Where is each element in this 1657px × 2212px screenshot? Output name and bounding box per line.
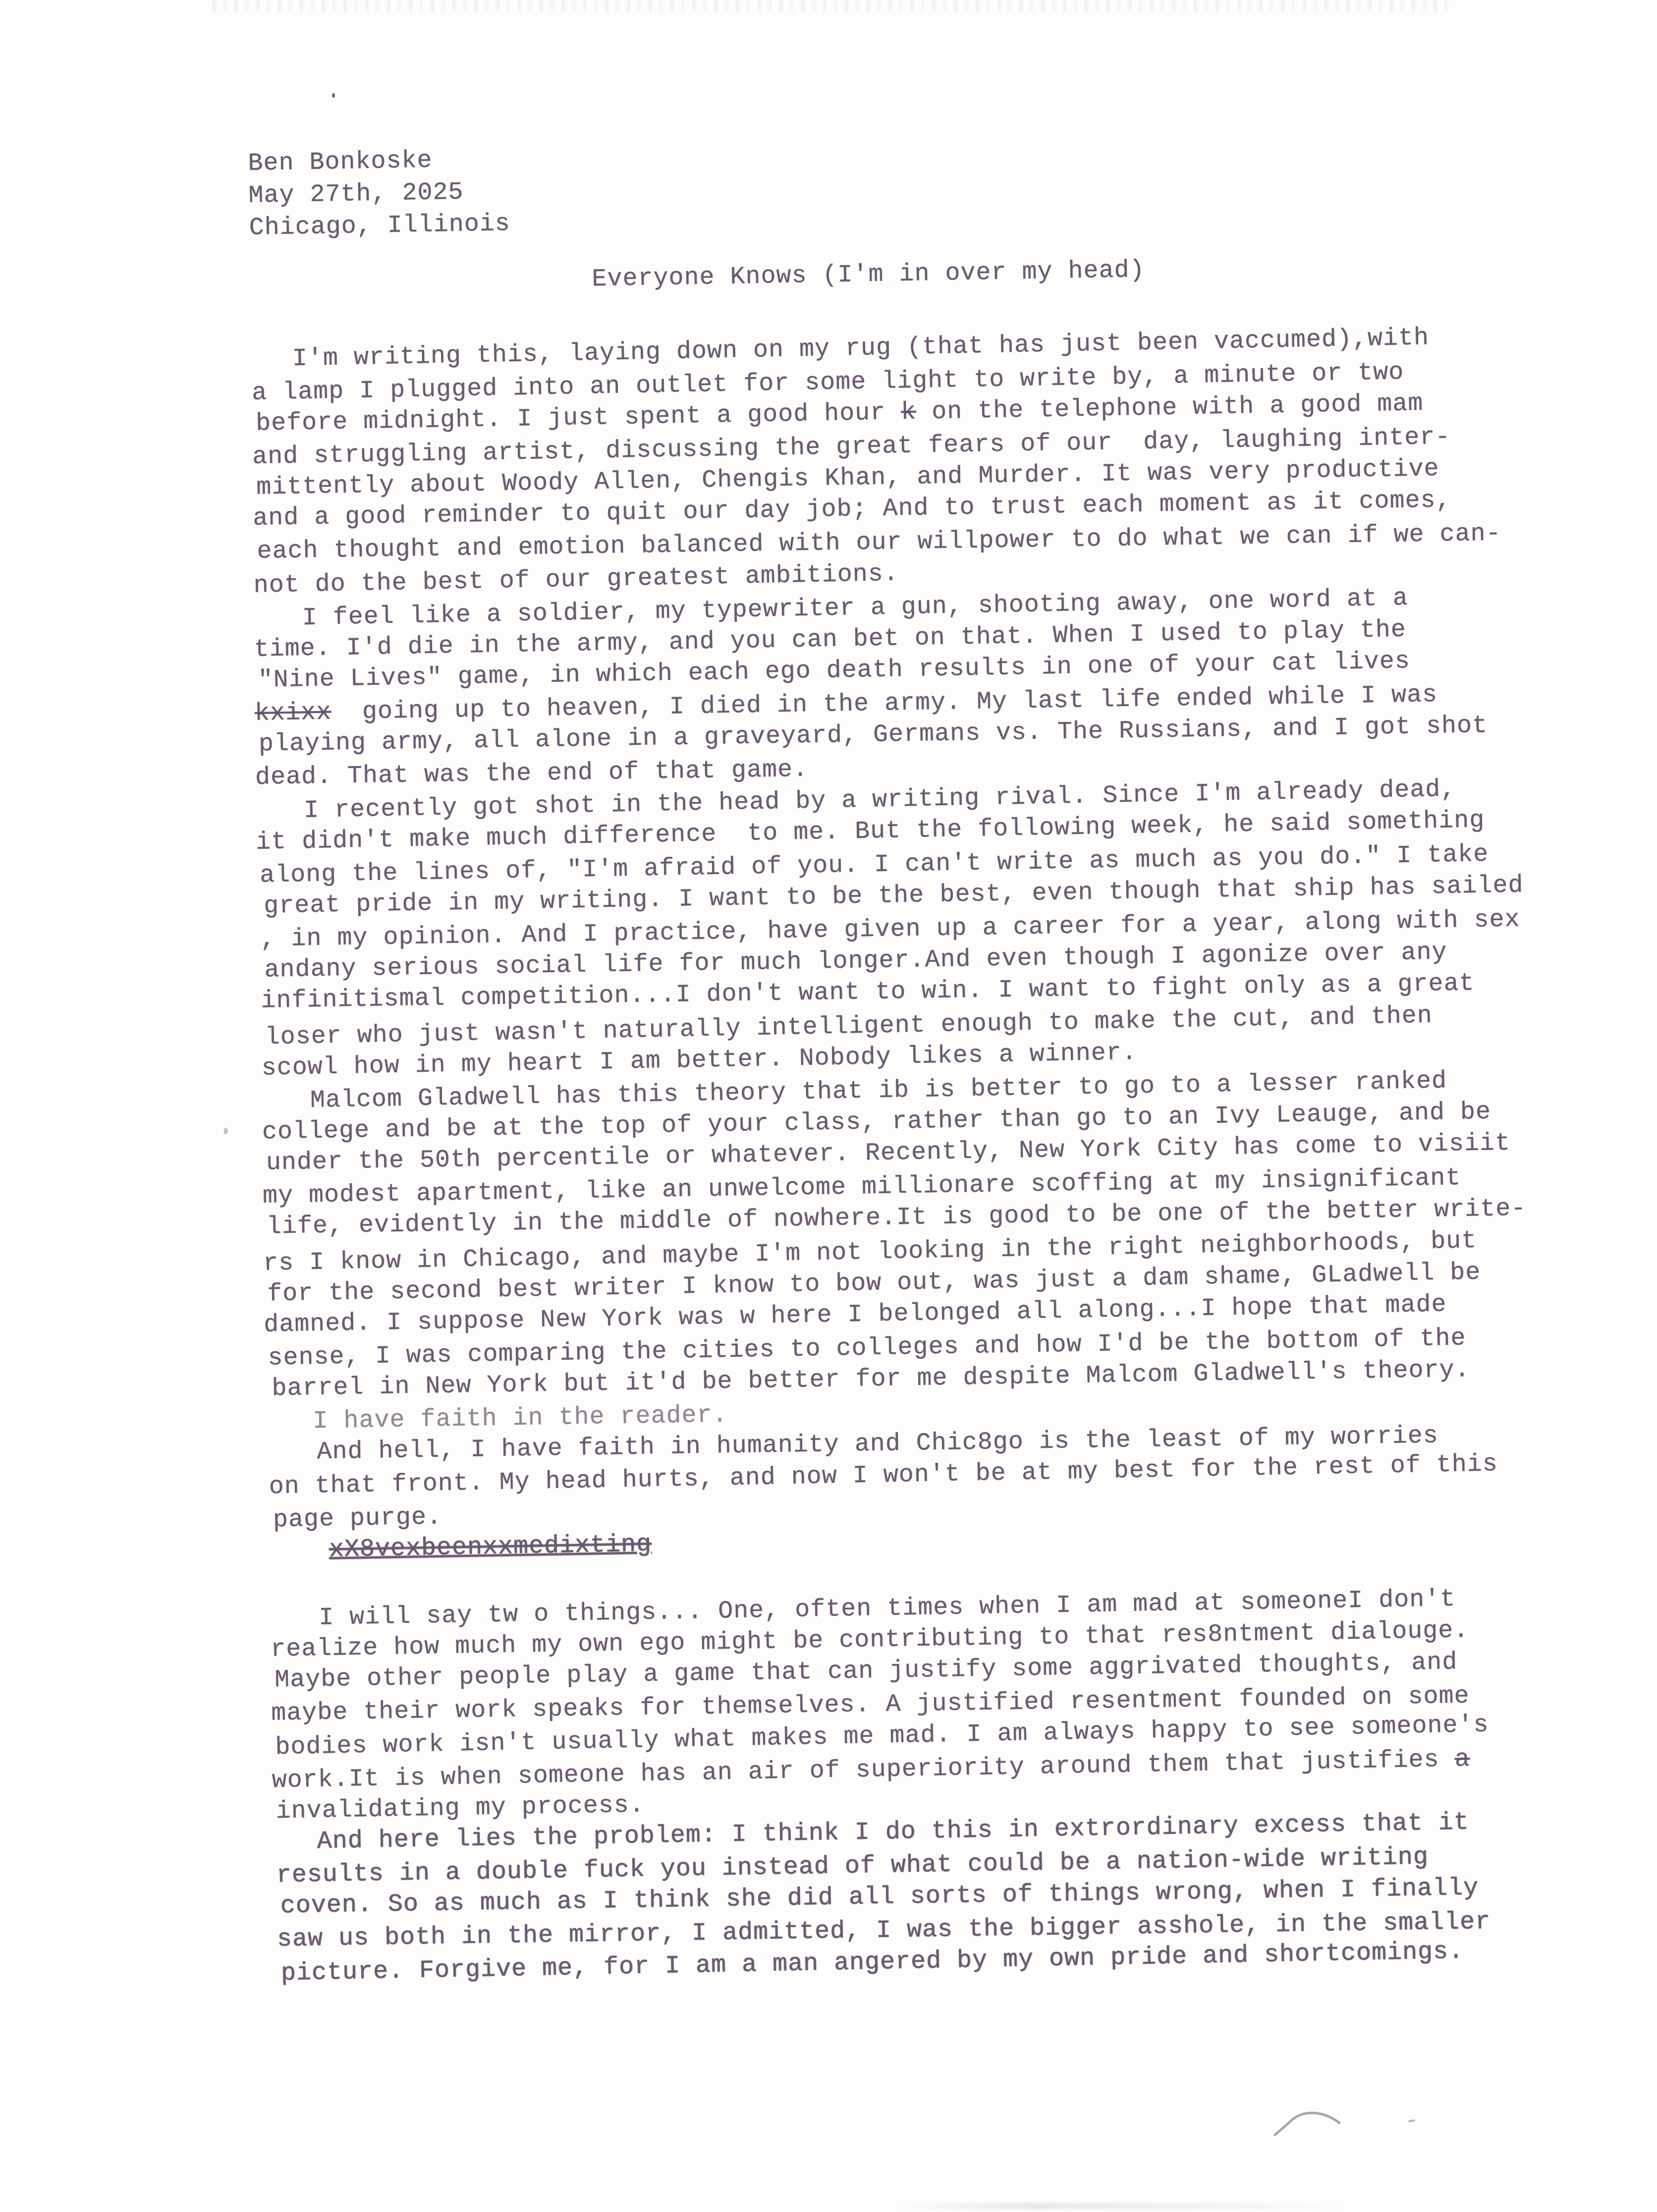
letter-title: Everyone Knows (I'm in over my head) [250, 246, 1638, 301]
strikethrough-text: xX8vexbeenxxmedixting [329, 1530, 652, 1564]
strikethrough-text: a [1454, 1745, 1470, 1774]
letter-content: Ben Bonkoske May 27th, 2025 Chicago, Ill… [248, 125, 1657, 1989]
scan-speck [224, 1128, 228, 1134]
letter-header: Ben Bonkoske May 27th, 2025 Chicago, Ill… [248, 125, 1637, 244]
strikethrough-text: kxixx [254, 698, 331, 727]
scan-speck [332, 93, 335, 98]
paragraph: I'm writing this, laying down on my rug … [251, 321, 1643, 601]
paragraph: Malcom Gladwell has this theory that ib … [263, 1061, 1656, 1406]
scan-noise-top-edge [213, 0, 1452, 12]
paragraph: I will say tw o things... One, often tim… [272, 1579, 1657, 1827]
paragraph: And here lies the problem: I think I do … [276, 1804, 1657, 1988]
scan-noise-bottom-edge [892, 2203, 1363, 2209]
scan-speck [1408, 2119, 1415, 2122]
paragraph: I recently got shot in the head by a wri… [259, 771, 1651, 1084]
strikethrough-text: k [901, 398, 917, 427]
letter-body: I'm writing this, laying down on my rug … [251, 321, 1657, 1989]
scan-curve-artifact [1271, 2102, 1360, 2142]
scanned-letter-page: Ben Bonkoske May 27th, 2025 Chicago, Ill… [0, 0, 1657, 2212]
paragraph: I feel like a soldier, my typewriter a g… [255, 578, 1646, 794]
